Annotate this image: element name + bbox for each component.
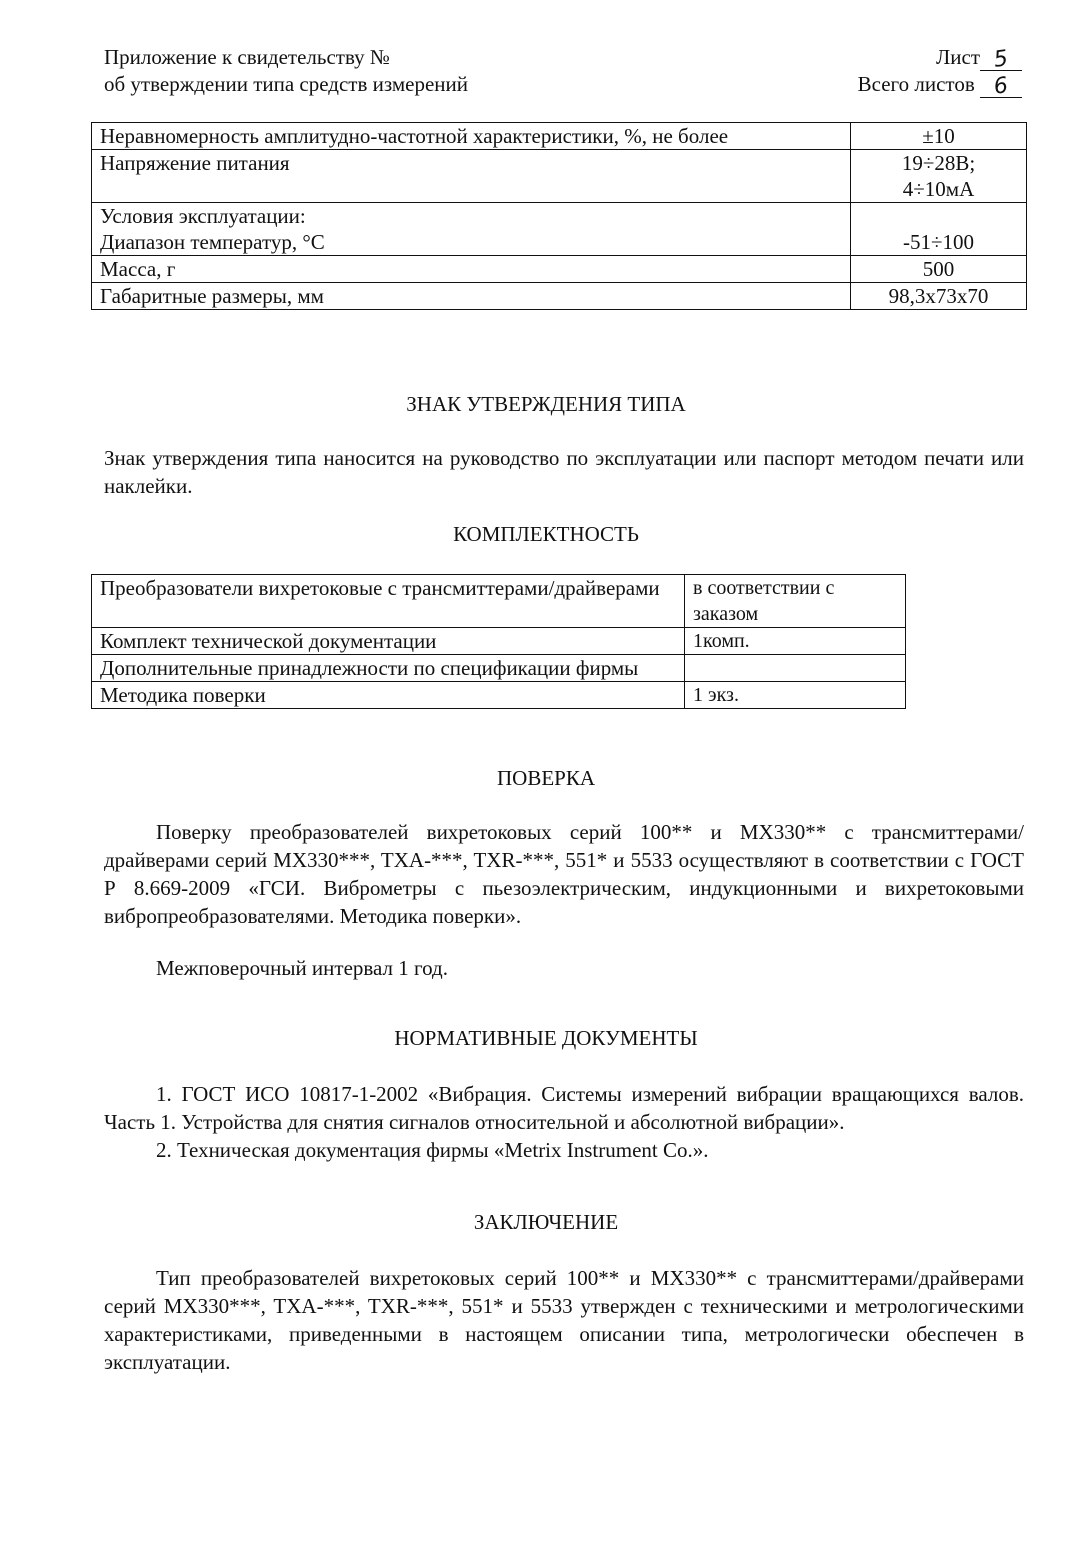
- kit-item-qty: 1 экз.: [685, 682, 906, 709]
- section-title-verification: ПОВЕРКА: [0, 766, 1092, 791]
- spec-value: 98,3x73x70: [851, 283, 1027, 310]
- table-row: Условия эксплуатации: Диапазон температу…: [92, 203, 1027, 256]
- verification-text: Поверку преобразователей вихретоковых се…: [104, 818, 1024, 930]
- spec-value: 500: [851, 256, 1027, 283]
- table-row: Дополнительные принадлежности по специфи…: [92, 655, 906, 682]
- total-sheets-label: Всего листов: [858, 72, 975, 96]
- table-row: Габаритные размеры, мм 98,3x73x70: [92, 283, 1027, 310]
- spec-name: Габаритные размеры, мм: [92, 283, 851, 310]
- normative-item-1: 1. ГОСТ ИСО 10817-1-2002 «Вибрация. Сист…: [104, 1080, 1024, 1136]
- specifications-table: Неравномерность амплитудно-частотной хар…: [91, 122, 1027, 310]
- table-row: Комплект технической документации 1комп.: [92, 628, 906, 655]
- kit-item-qty: в соответствии с заказом: [685, 575, 906, 628]
- spec-name: Условия эксплуатации: Диапазон температу…: [92, 203, 851, 256]
- spec-name: Напряжение питания: [92, 150, 851, 203]
- kit-item-name: Методика поверки: [92, 682, 685, 709]
- kit-item-name: Комплект технической документации: [92, 628, 685, 655]
- total-sheets-handwritten: 6: [980, 73, 1022, 98]
- kit-item-qty: 1комп.: [685, 628, 906, 655]
- kit-item-name: Дополнительные принадлежности по специфи…: [92, 655, 685, 682]
- spec-value: 19÷28В; 4÷10мА: [851, 150, 1027, 203]
- section-title-completeness: КОМПЛЕКТНОСТЬ: [0, 522, 1092, 547]
- header-line-appendix: Приложение к свидетельству №: [104, 44, 468, 71]
- sheet-number-line: Лист5: [858, 44, 1022, 71]
- type-mark-text: Знак утверждения типа наносится на руков…: [104, 444, 1024, 500]
- conclusion-text: Тип преобразователей вихретоковых серий …: [104, 1264, 1024, 1376]
- table-row: Напряжение питания 19÷28В; 4÷10мА: [92, 150, 1027, 203]
- normative-item-2: 2. Техническая документация фирмы «Metri…: [104, 1136, 1024, 1164]
- spec-value: ±10: [851, 123, 1027, 150]
- kit-item-name: Преобразователи вихретоковые с трансмитт…: [92, 575, 685, 628]
- table-row: Преобразователи вихретоковые с трансмитт…: [92, 575, 906, 628]
- section-title-conclusion: ЗАКЛЮЧЕНИЕ: [0, 1210, 1092, 1235]
- table-row: Методика поверки 1 экз.: [92, 682, 906, 709]
- kit-item-qty: [685, 655, 906, 682]
- verification-interval: Межповерочный интервал 1 год.: [104, 954, 1024, 982]
- section-title-normative: НОРМАТИВНЫЕ ДОКУМЕНТЫ: [0, 1026, 1092, 1051]
- completeness-table: Преобразователи вихретоковые с трансмитт…: [91, 574, 906, 709]
- total-sheets-line: Всего листов 6: [858, 71, 1022, 98]
- document-header-left: Приложение к свидетельству № об утвержде…: [104, 44, 468, 98]
- section-title-type-mark: ЗНАК УТВЕРЖДЕНИЯ ТИПА: [0, 392, 1092, 417]
- header-line-approval: об утверждении типа средств измерений: [104, 71, 468, 98]
- table-row: Масса, г 500: [92, 256, 1027, 283]
- table-row: Неравномерность амплитудно-частотной хар…: [92, 123, 1027, 150]
- sheet-number-handwritten: 5: [980, 46, 1022, 71]
- spec-value: -51÷100: [851, 203, 1027, 256]
- document-header-right: Лист5 Всего листов 6: [858, 44, 1022, 98]
- spec-name: Масса, г: [92, 256, 851, 283]
- spec-name: Неравномерность амплитудно-частотной хар…: [92, 123, 851, 150]
- sheet-label: Лист: [936, 45, 980, 69]
